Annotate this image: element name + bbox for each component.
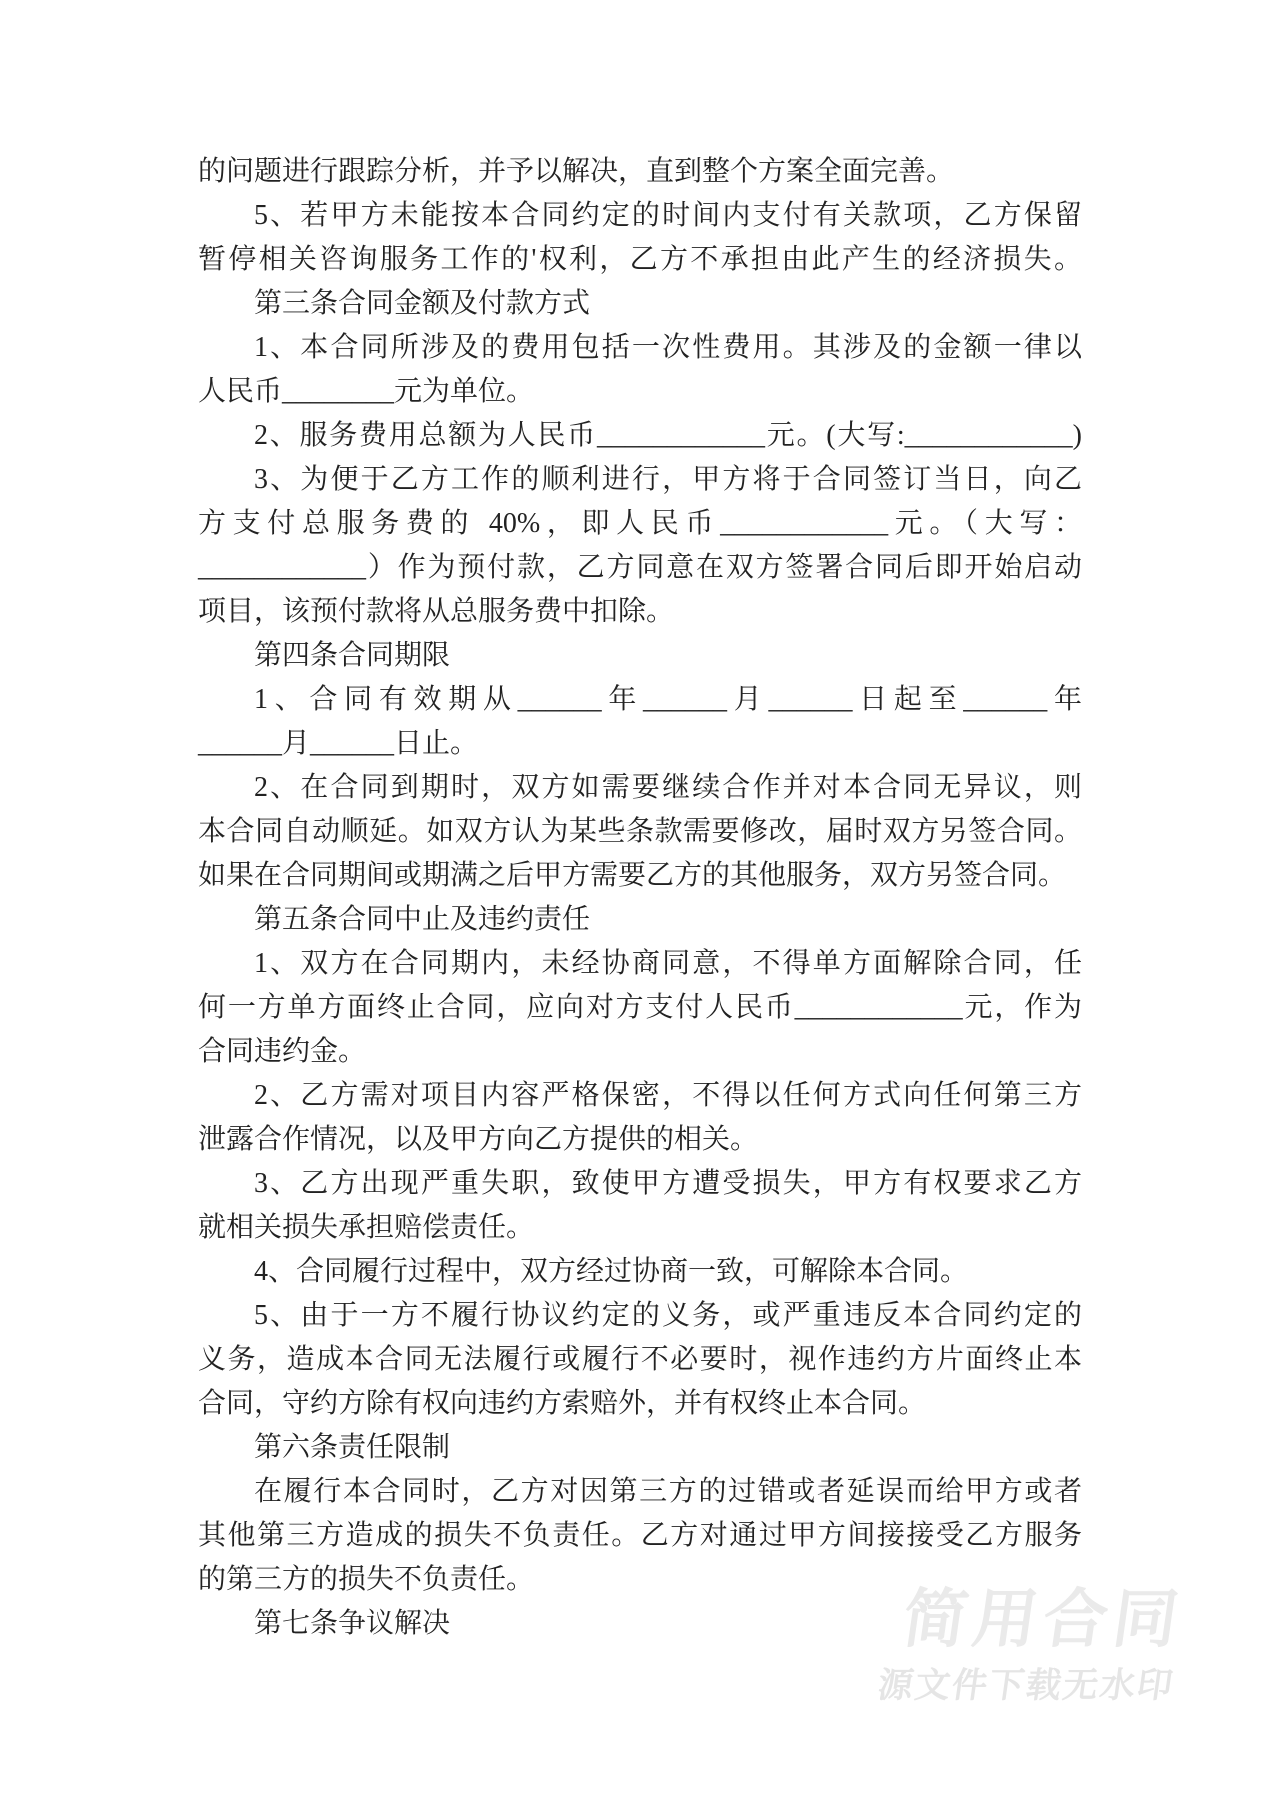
document-line: 第七条争议解决 [198,1602,1082,1646]
contract-document: 的问题进行跟踪分析，并予以解决，直到整个方案全面完善。5、若甲方未能按本合同约定… [198,150,1082,1646]
document-line: 其他第三方造成的损失不负责任。乙方对通过甲方间接接受乙方服务 [198,1514,1082,1558]
document-line: 暂停相关咨询服务工作的'权利，乙方不承担由此产生的经济损失。 [198,238,1082,282]
document-line: 的第三方的损失不负责任。 [198,1558,1082,1602]
document-line: 就相关损失承担赔偿责任。 [198,1206,1082,1250]
document-line: 的问题进行跟踪分析，并予以解决，直到整个方案全面完善。 [198,150,1082,194]
document-line: 2、服务费用总额为人民币____________元。(大写:__________… [198,414,1082,458]
document-line: 第四条合同期限 [198,634,1082,678]
document-line: 5、由于一方不履行协议约定的义务，或严重违反本合同约定的 [198,1294,1082,1338]
document-line: 人民币________元为单位。 [198,370,1082,414]
document-line: 何一方单方面终止合同，应向对方支付人民币____________元，作为 [198,986,1082,1030]
document-line: 第五条合同中止及违约责任 [198,898,1082,942]
document-line: 4、合同履行过程中，双方经过协商一致，可解除本合同。 [198,1250,1082,1294]
document-line: 合同违约金。 [198,1030,1082,1074]
document-line: 如果在合同期间或期满之后甲方需要乙方的其他服务，双方另签合同。 [198,854,1082,898]
document-line: 第六条责任限制 [198,1426,1082,1470]
document-line: 1、本合同所涉及的费用包括一次性费用。其涉及的金额一律以 [198,326,1082,370]
document-line: 3、为便于乙方工作的顺利进行，甲方将于合同签订当日，向乙 [198,458,1082,502]
document-line: 合同，守约方除有权向违约方索赔外，并有权终止本合同。 [198,1382,1082,1426]
contract-page: 的问题进行跟踪分析，并予以解决，直到整个方案全面完善。5、若甲方未能按本合同约定… [0,0,1280,1810]
document-line: ______月______日止。 [198,722,1082,766]
document-line: 2、乙方需对项目内容严格保密，不得以任何方式向任何第三方 [198,1074,1082,1118]
document-line: ____________）作为预付款，乙方同意在双方签署合同后即开始启动 [198,546,1082,590]
document-line: 泄露合作情况，以及甲方向乙方提供的相关。 [198,1118,1082,1162]
document-line: 项目，该预付款将从总服务费中扣除。 [198,590,1082,634]
document-line: 1、双方在合同期内，未经协商同意，不得单方面解除合同，任 [198,942,1082,986]
document-line: 2、在合同到期时，双方如需要继续合作并对本合同无异议，则 [198,766,1082,810]
document-line: 5、若甲方未能按本合同约定的时间内支付有关款项，乙方保留 [198,194,1082,238]
watermark-subtitle: 源文件下载无水印 [875,1667,1176,1705]
document-line: 本合同自动顺延。如双方认为某些条款需要修改，届时双方另签合同。 [198,810,1082,854]
document-line: 方支付总服务费的 40%，即人民币____________元。（大写： [198,502,1082,546]
document-line: 在履行本合同时，乙方对因第三方的过错或者延误而给甲方或者 [198,1470,1082,1514]
document-line: 义务，造成本合同无法履行或履行不必要时，视作违约方片面终止本 [198,1338,1082,1382]
document-line: 第三条合同金额及付款方式 [198,282,1082,326]
document-line: 1、合同有效期从______年______月______日起至______年 [198,678,1082,722]
document-line: 3、乙方出现严重失职，致使甲方遭受损失，甲方有权要求乙方 [198,1162,1082,1206]
